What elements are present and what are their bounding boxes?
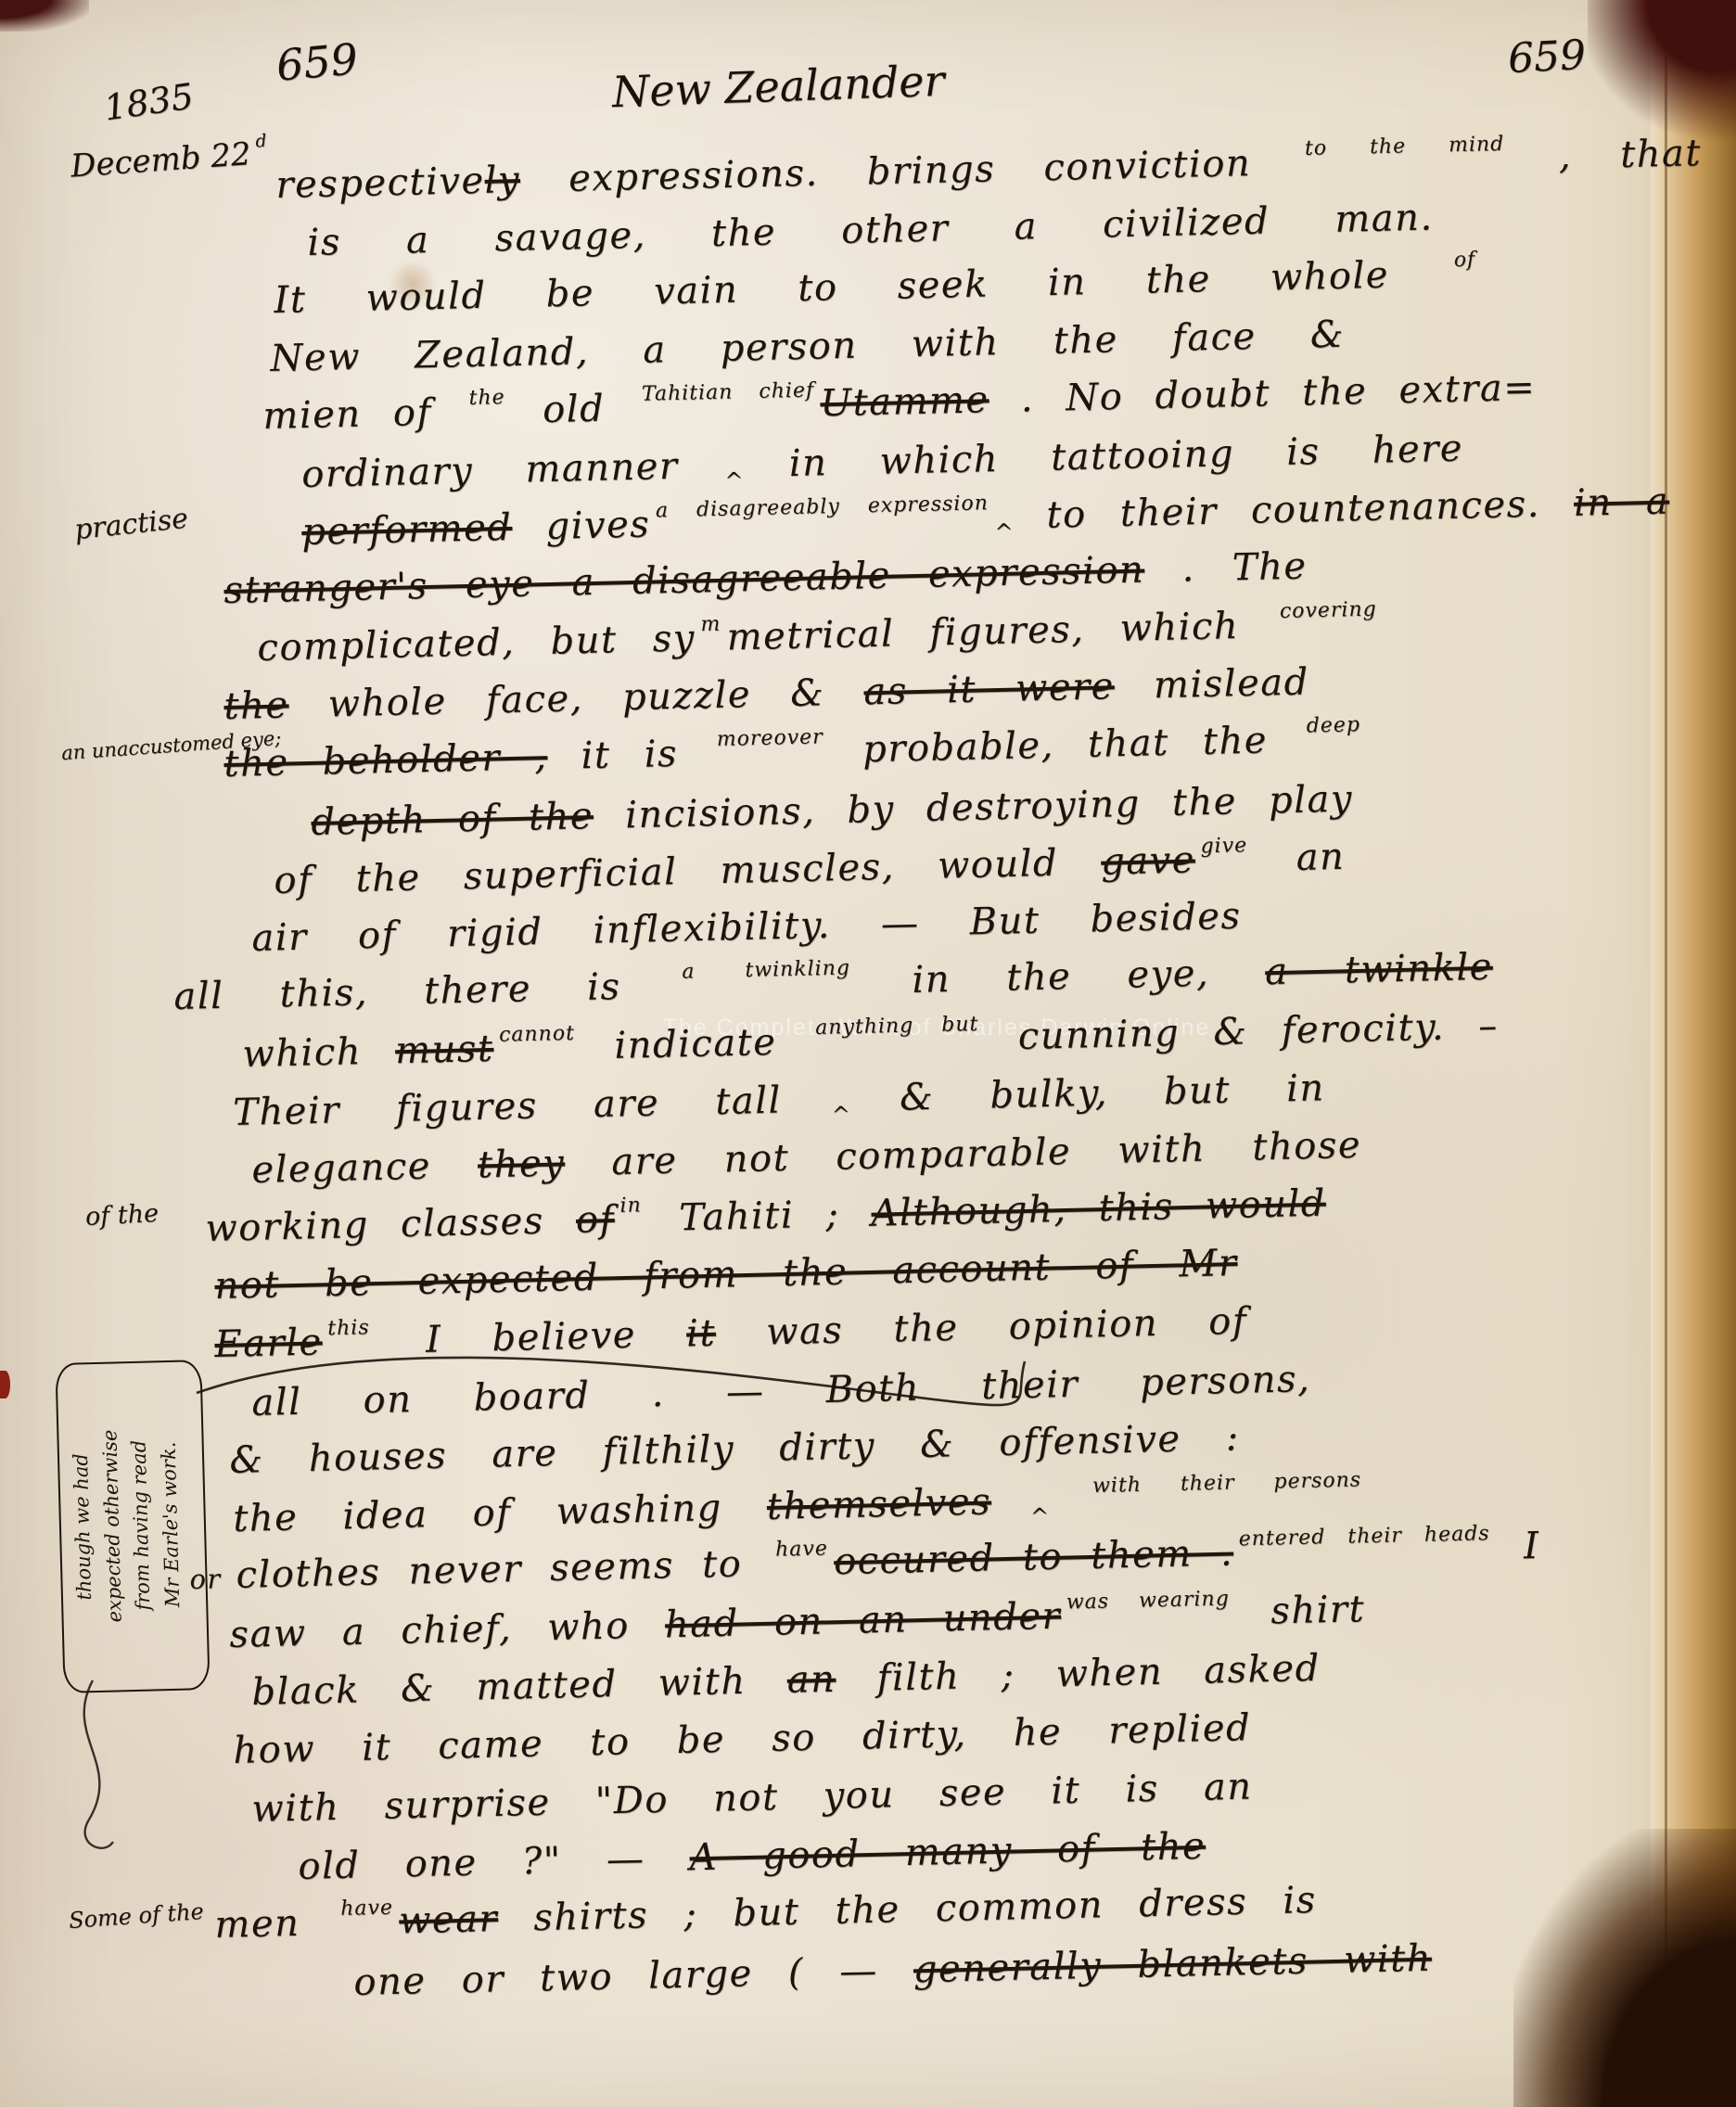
handwritten-text: I [1495,1525,1540,1568]
handwritten-text: is a savage, the other a civilized man. [307,196,1434,264]
struck-text: performed [301,506,513,554]
page-number-left: 659 [274,33,360,90]
manuscript-line: air of rigid inflexibility. — But beside… [251,896,1242,959]
struck-text: occured to them . [834,1531,1234,1583]
handwritten-text: air of rigid inflexibility. — But beside… [251,895,1242,960]
handwritten-text: ^ [679,466,790,495]
manuscript-line: is a savage, the other a civilized man. [307,197,1434,263]
flourish-line [84,1680,113,1848]
struck-text: themselves [766,1480,991,1527]
struck-text: Earle [214,1321,323,1366]
manuscript-line: mien of the old Tahitian chiefUtamme . N… [262,367,1537,437]
struck-text: it [686,1312,717,1356]
margin-annotation: of the [84,1199,160,1232]
manuscript-line: not be expected from the account of Mr [214,1243,1238,1307]
inserted-text: was wearing [1066,1589,1231,1615]
struck-text: not be expected from the account of Mr [214,1242,1238,1308]
handwritten-text: in the eye, [856,951,1266,1002]
manuscript-line: complicated, but symmetrical figures, wh… [257,602,1384,669]
manuscript-line: all this, there is a twinkling in the ey… [173,947,1493,1017]
page-title: New Zealander [611,56,945,117]
handwritten-text: incisions, by destroying the play [593,778,1353,838]
handwritten-text: indicate [581,1020,811,1068]
inserted-text: cannot [499,1023,575,1047]
handwritten-text: shirts ; but the common dress is [498,1879,1318,1940]
handwritten-text: the idea of washing [233,1486,768,1540]
struck-text: ly [484,159,520,202]
handwritten-text: probable, that the [828,719,1301,773]
handwritten-text: men [214,1901,336,1947]
binding-shadow-top-left [0,0,89,32]
inserted-text: give [1200,835,1247,858]
inserted-text: a twinkling [682,958,850,984]
inserted-text: anything but [815,1014,979,1040]
manuscript-line: respectively expressions. brings convict… [275,131,1736,206]
struck-text: depth of the [311,795,594,844]
manuscript-line: saw a chief, who had on an underwas wear… [229,1589,1366,1655]
manuscript-line: working classes ofin Tahiti ; Although, … [205,1183,1326,1249]
year-label: 1835 [101,75,196,128]
handwritten-text: ^ [994,519,1014,545]
handwritten-text: with surprise "Do not you see it is an [251,1766,1253,1831]
manuscript-line: the whole face, puzzle & as it were misl… [223,661,1309,727]
handwritten-text: all this, there is [173,964,677,1018]
inserted-text: the [468,387,505,410]
handwritten-text: old one ?" — [298,1836,690,1888]
binding-shadow-bottom-right [1513,1829,1736,2107]
handwritten-text: ordinary manner [301,445,679,496]
inserted-text: with their persons [1092,1470,1362,1499]
handwritten-text: . No doubt the extra= [989,366,1537,421]
entry-date-superscript: d [255,132,268,152]
handwritten-text: & houses are filthily dirty & offensive … [229,1416,1240,1482]
inserted-text: this [327,1317,370,1340]
manuscript-line: New Zealand, a person with the face & [270,314,1345,379]
handwritten-text: ^ [991,1502,1088,1530]
handwritten-text: it is [547,732,712,778]
handwritten-text: how it came to be so dirty, he replied [233,1706,1252,1772]
manuscript-line: It would be vain to seek in the whole of [274,252,1482,321]
handwritten-text: New Zealand, a person with the face & [270,313,1346,380]
inserted-text: have [340,1897,393,1921]
handwritten-text: expressions. brings conviction [519,141,1299,201]
manuscript-line: the beholder , it is moreover probable, … [223,718,1367,785]
entry-date-main: Decemb 22 [70,135,252,185]
manuscript-line: of the superficial muscles, would gavegi… [274,836,1346,901]
handwritten-text: all on board . — Both their persons, [251,1358,1311,1424]
manuscript-line: how it came to be so dirty, he replied [233,1707,1252,1771]
inserted-text: of [1454,249,1476,273]
handwritten-text: I believe [375,1312,686,1362]
handwritten-text: mislead [1114,660,1309,708]
inserted-text: to the mind [1305,134,1505,160]
handwritten-text: , that [1510,131,1736,179]
struck-text: of [575,1198,615,1242]
inserted-text: covering [1280,599,1377,624]
handwritten-text: to their countenances. [1013,482,1575,538]
handwritten-text: & bulky, but in [900,1066,1326,1118]
handwritten-text: of the superficial muscles, would [274,841,1102,902]
manuscript-line: old one ?" — A good many of the [298,1826,1206,1887]
handwritten-text: Tahiti ; [647,1193,872,1240]
struck-text: in a [1573,480,1669,525]
handwritten-text: respective [275,160,485,207]
handwritten-text: cunning & ferocity. – [984,1004,1499,1059]
handwritten-text: elegance [251,1143,479,1192]
handwritten-text: was the opinion of [715,1300,1247,1355]
handwritten-text: black & matted with [251,1659,787,1714]
handwritten-text: which [242,1029,396,1076]
struck-text: Although, this would [871,1182,1326,1235]
struck-text: had on an under [664,1595,1061,1647]
inserted-text: entered their heads [1238,1523,1489,1551]
page-edge-line [1665,0,1667,2107]
handwritten-text: are not comparable with those [565,1124,1362,1184]
handwritten-text: or [189,1563,222,1595]
book-fore-edge [1651,0,1736,2107]
handwritten-text: It would be vain to seek in the whole [274,252,1449,322]
manuscript-line: one or two large ( — generally blankets … [353,1938,1432,2003]
margin-annotation: Some of the [68,1898,204,1934]
manuscript-line: depth of the incisions, by destroying th… [311,779,1353,843]
handwritten-text: one or two large ( — [353,1948,913,2004]
struck-text: a twinkle [1265,946,1494,994]
struck-text: Utamme [820,378,989,425]
manuscript-line: Earlethis I believe it was the opinion o… [214,1301,1248,1365]
inserted-text: Tahitian chief [642,380,815,406]
margin-annotation: practise [73,503,190,547]
boxed-margin-note-text: though we had expected otherwise from ha… [65,1371,203,1680]
struck-text: they [478,1142,566,1186]
handwritten-text: clothes never seems to [236,1542,771,1597]
manuscript-page: The Complete Work of Charles Darwin Onli… [0,0,1736,2107]
manuscript-line: all on board . — Both their persons, [251,1359,1311,1424]
handwritten-text: working classes [205,1199,577,1250]
inserted-text: m [700,614,721,637]
handwritten-text: an [1253,836,1346,880]
handwritten-text: complicated, but sy [257,617,696,670]
inserted-text: have [775,1538,828,1561]
handwritten-text: mien of [262,390,464,438]
handwritten-text: metrical figures, which [726,604,1275,658]
inserted-text: moreover [717,726,823,751]
struck-text: A good many of the [689,1825,1206,1880]
inserted-text: in [619,1194,642,1218]
inserted-text: a disagreeably expression [656,492,989,522]
handwritten-text: filth ; when asked [836,1647,1321,1701]
handwritten-text: saw a chief, who [229,1603,666,1656]
manuscript-line: which mustcannot indicate anything but c… [242,1005,1499,1075]
handwritten-text: in which tattooing is here [788,428,1463,485]
handwritten-text: old [510,387,636,432]
binding-shadow-top-right [1588,0,1736,148]
manuscript-line: men havewear shirts ; but the common dre… [214,1880,1317,1946]
manuscript-line: & houses are filthily dirty & offensive … [229,1417,1240,1481]
struck-text: generally blankets with [913,1937,1432,1992]
struck-text: the [223,683,289,728]
manuscript-line: black & matted with an filth ; when aske… [251,1648,1321,1713]
struck-text: must [395,1028,494,1072]
handwritten-text: ^ [782,1101,900,1130]
struck-text: gave [1101,838,1196,883]
struck-text: wear [399,1897,499,1942]
handwritten-text: shirt [1235,1588,1366,1633]
struck-text: an [786,1658,836,1702]
struck-text: as it were [863,665,1115,713]
boxed-margin-note: though we had expected otherwise from ha… [55,1360,210,1693]
manuscript-line: with surprise "Do not you see it is an [251,1767,1253,1830]
entry-date: Decemb 22d [70,134,275,185]
handwritten-text: . The [1144,545,1308,592]
red-edge-mark [0,1371,10,1398]
handwritten-text: gives [512,503,651,548]
inserted-text: deep [1306,714,1360,738]
handwritten-text: whole face, puzzle & [288,670,864,726]
page-number-right: 659 [1507,32,1588,83]
handwritten-text: Their figures are tall [233,1079,783,1134]
